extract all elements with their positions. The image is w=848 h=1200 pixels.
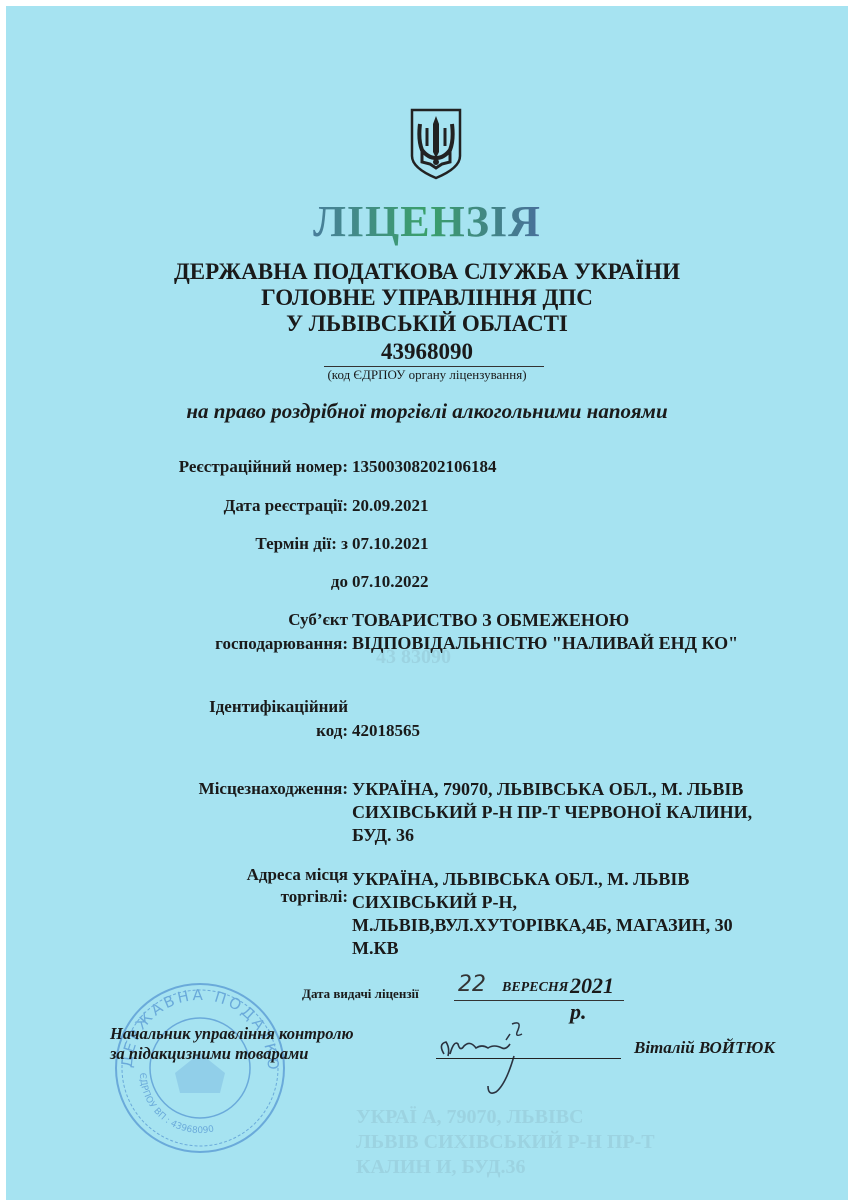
valid-from-label: Термін дії: з (255, 533, 348, 555)
license-title: ЛІЦЕНЗІЯ (6, 196, 848, 247)
issuer-code: 43968090 (6, 338, 848, 365)
issuer-code-caption: (код ЄДРПОУ органу ліцензування) (6, 367, 848, 383)
show-through-text: КАЛИН И, БУД.36 (356, 1156, 525, 1179)
reg-date-label: Дата реєстрації: (224, 495, 348, 517)
license-scope: на право роздрібної торгівлі алкогольним… (6, 399, 848, 424)
signer-title-line-2: за підакцизними товарами (110, 1044, 354, 1064)
trade-address-label-line-1: Адреса місця (247, 864, 348, 886)
issue-year: 2021 р. (570, 973, 624, 1025)
trident-coat-of-arms-icon (408, 106, 464, 182)
signer-name: Віталій ВОЙТЮК (634, 1038, 775, 1058)
issue-day: 22 (458, 972, 486, 997)
valid-to-label: до (331, 571, 348, 593)
signer-title-line-1: Начальник управління контролю (110, 1024, 354, 1044)
valid-to-value: 07.10.2022 (352, 571, 792, 593)
signer-title: Начальник управління контролю за підакци… (110, 1024, 354, 1064)
id-code-label-line-1: Ідентифікаційний (209, 696, 348, 718)
issuer-line-1: ДЕРЖАВНА ПОДАТКОВА СЛУЖБА УКРАЇНИ (6, 258, 848, 285)
official-stamp: ДЕРЖАВНА ПОДАТКОВА СЛУЖБА УКРАЇНИ ЄДРПОУ… (110, 978, 290, 1158)
trade-address-value: УКРАЇНА, ЛЬВІВСЬКА ОБЛ., М. ЛЬВІВ СИХІВС… (352, 868, 777, 960)
issue-date-label: Дата видачі ліцензії (302, 986, 419, 1002)
location-value: УКРАЇНА, 79070, ЛЬВІВСЬКА ОБЛ., М. ЛЬВІВ… (352, 778, 782, 847)
signature-line (436, 1058, 621, 1059)
license-page: 43 83090 УКРАЇ А, 79070, ЛЬВІВС ЛЬВІВ СИ… (6, 6, 848, 1200)
issue-date-field: 22 ВЕРЕСНЯ 2021 р. (454, 974, 624, 1001)
reg-number-value: 13500308202106184 (352, 456, 792, 478)
id-code-value: 42018565 (352, 720, 792, 742)
issuer-line-2: ГОЛОВНЕ УПРАВЛІННЯ ДПС (6, 284, 848, 311)
id-code-label-line-2: код: (316, 720, 348, 742)
entity-label-line-1: Суб’єкт (288, 609, 348, 631)
reg-date-value: 20.09.2021 (352, 495, 792, 517)
valid-from-value: 07.10.2021 (352, 533, 792, 555)
entity-value: ТОВАРИСТВО З ОБМЕЖЕНОЮ ВІДПОВІДАЛЬНІСТЮ … (352, 609, 772, 655)
show-through-text: ЛЬВІВ СИХІВСЬКИЙ Р-Н ПР-Т (356, 1131, 655, 1154)
issuer-line-3: У ЛЬВІВСЬКІЙ ОБЛАСТІ (6, 310, 848, 337)
reg-number-label: Реєстраційний номер: (179, 456, 348, 478)
entity-label-line-2: господарювання: (215, 633, 348, 655)
show-through-text: УКРАЇ А, 79070, ЛЬВІВС (356, 1106, 584, 1129)
issue-month: ВЕРЕСНЯ (502, 980, 568, 996)
trade-address-label-line-2: торгівлі: (281, 886, 348, 908)
location-label: Місцезнаходження: (199, 778, 348, 800)
